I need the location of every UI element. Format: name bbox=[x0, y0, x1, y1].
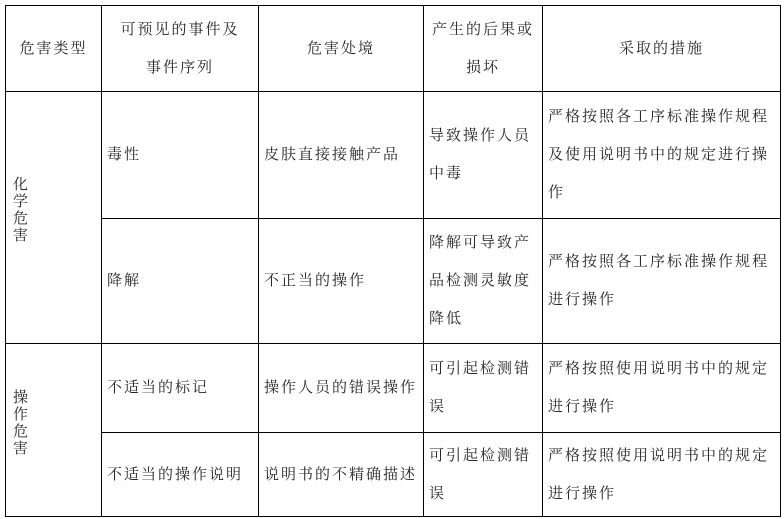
event-cell: 毒性 bbox=[102, 92, 259, 219]
hazard-type-vertical-text: 化学危害 bbox=[11, 176, 26, 244]
column-header-consequence: 产生的后果或 损坏 bbox=[424, 6, 543, 92]
consequence-cell: 降解可导致产品检测灵敏度降低 bbox=[424, 219, 543, 344]
table-row-degradation: 降解 不正当的操作 降解可导致产品检测灵敏度降低 严格按照各工序标准操作规程进行… bbox=[6, 219, 781, 344]
situation-cell: 说明书的不精确描述 bbox=[259, 433, 424, 517]
header-row: 危害类型 可预见的事件及 事件序列 危害处境 产生的后果或 损坏 采取的措施 bbox=[6, 6, 781, 92]
column-header-foreseeable-events: 可预见的事件及 事件序列 bbox=[102, 6, 259, 92]
hazard-type-vertical-text: 操作危害 bbox=[11, 389, 26, 457]
table-row-improper-instructions: 不适当的操作说明 说明书的不精确描述 可引起检测错误 严格按照使用说明书中的规定… bbox=[6, 433, 781, 517]
measure-cell: 严格按照各工序标准操作规程及使用说明书中的规定进行操作 bbox=[543, 92, 781, 219]
event-cell: 不适当的标记 bbox=[102, 344, 259, 433]
column-header-hazard-situation: 危害处境 bbox=[259, 6, 424, 92]
hazard-analysis-table: 危害类型 可预见的事件及 事件序列 危害处境 产生的后果或 损坏 采取的措施 化… bbox=[5, 5, 781, 517]
document-page: 危害类型 可预见的事件及 事件序列 危害处境 产生的后果或 损坏 采取的措施 化… bbox=[0, 0, 784, 519]
column-header-measures: 采取的措施 bbox=[543, 6, 781, 92]
hazard-type-cell-chemical: 化学危害 bbox=[6, 92, 102, 344]
event-cell: 降解 bbox=[102, 219, 259, 344]
consequence-cell: 可引起检测错误 bbox=[424, 344, 543, 433]
consequence-cell: 可引起检测错误 bbox=[424, 433, 543, 517]
situation-cell: 操作人员的错误操作 bbox=[259, 344, 424, 433]
table-row-toxicity: 化学危害 毒性 皮肤直接接触产品 导致操作人员中毒 严格按照各工序标准操作规程及… bbox=[6, 92, 781, 219]
table-row-improper-marking: 操作危害 不适当的标记 操作人员的错误操作 可引起检测错误 严格按照使用说明书中… bbox=[6, 344, 781, 433]
measure-cell: 严格按照使用说明书中的规定进行操作 bbox=[543, 433, 781, 517]
situation-cell: 不正当的操作 bbox=[259, 219, 424, 344]
measure-cell: 严格按照使用说明书中的规定进行操作 bbox=[543, 344, 781, 433]
event-cell: 不适当的操作说明 bbox=[102, 433, 259, 517]
consequence-cell: 导致操作人员中毒 bbox=[424, 92, 543, 219]
column-header-hazard-type: 危害类型 bbox=[6, 6, 102, 92]
hazard-type-cell-operation: 操作危害 bbox=[6, 344, 102, 517]
measure-cell: 严格按照各工序标准操作规程进行操作 bbox=[543, 219, 781, 344]
situation-cell: 皮肤直接接触产品 bbox=[259, 92, 424, 219]
